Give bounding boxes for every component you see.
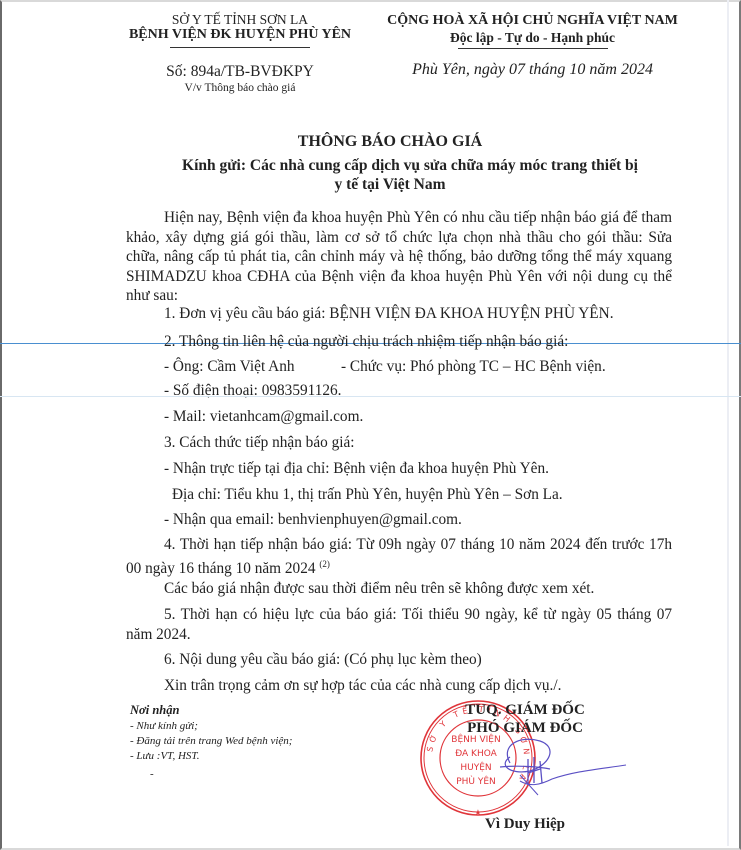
contact-mail: - Mail: vietanhcam@gmail.com. xyxy=(164,408,363,426)
hospital-name: BỆNH VIỆN ĐK HUYỆN PHÙ YÊN xyxy=(100,27,380,43)
national-motto: Độc lập - Tự do - Hạnh phúc xyxy=(360,30,705,46)
national-title: CỘNG HOÀ XÃ HỘI CHỦ NGHĨA VIỆT NAM xyxy=(360,13,705,29)
handwritten-signature-icon xyxy=(480,735,630,805)
intro-paragraph: Hiện nay, Bệnh viện đa khoa huyện Phù Yê… xyxy=(126,208,672,306)
late-note: Các báo giá nhận được sau thời điểm nêu … xyxy=(164,580,594,598)
recipients-heading: Nơi nhận xyxy=(130,703,179,718)
item-4: 4. Thời hạn tiếp nhận báo giá: Từ 09h ng… xyxy=(126,535,672,578)
item-2: 2. Thông tin liên hệ của người chịu trác… xyxy=(164,333,568,351)
receive-email: - Nhận qua email: benhvienphuyen@gmail.c… xyxy=(164,511,462,529)
address: Địa chỉ: Tiểu khu 1, thị trấn Phù Yên, h… xyxy=(172,486,563,504)
contact-name: - Ông: Cầm Việt Anh xyxy=(164,358,295,376)
item-1: 1. Đơn vị yêu cầu báo giá: BỆNH VIỆN ĐA … xyxy=(164,305,614,323)
signature-position: PHÓ GIÁM ĐỐC xyxy=(410,720,640,737)
receive-direct: - Nhận trực tiếp tại địa chỉ: Bệnh viện … xyxy=(164,460,549,478)
item-4-text: 4. Thời hạn tiếp nhận báo giá: Từ 09h ng… xyxy=(126,536,672,577)
document-subject: V/v Thông báo chào giá xyxy=(100,82,380,94)
recipients-trailing-dash: - xyxy=(150,768,154,780)
recipient-item: - Đăng tải trên trang Wed bệnh viện; xyxy=(130,735,292,747)
item-4-footnote: (2) xyxy=(319,559,330,569)
hospital-underline xyxy=(170,47,310,48)
department-name: SỞ Y TẾ TỈNH SƠN LA xyxy=(100,12,380,28)
recipient-item: - Lưu :VT, HST. xyxy=(130,750,199,762)
right-margin-shadow xyxy=(727,0,729,846)
signatory-name: Vì Duy Hiệp xyxy=(410,816,640,833)
document-title: THÔNG BÁO CHÀO GIÁ xyxy=(100,133,680,151)
document-number: Số: 894a/TB-BVĐKPY xyxy=(100,63,380,81)
item-5: 5. Thời hạn có hiệu lực của báo giá: Tối… xyxy=(126,605,672,644)
contact-position: - Chức vụ: Phó phòng TC – HC Bệnh viện. xyxy=(341,358,606,376)
faint-rule-line xyxy=(0,396,741,397)
contact-phone: - Số điện thoại: 0983591126. xyxy=(164,382,341,400)
signature-on-behalf: TUQ. GIÁM ĐỐC xyxy=(410,702,640,719)
place-date: Phù Yên, ngày 07 tháng 10 năm 2024 xyxy=(360,61,705,79)
recipient-item: - Như kính gửi; xyxy=(130,720,198,732)
item-6: 6. Nội dung yêu cầu báo giá: (Có phụ lục… xyxy=(164,651,482,669)
item-3: 3. Cách thức tiếp nhận báo giá: xyxy=(164,434,355,452)
recipient-line-2: y tế tại Việt Nam xyxy=(100,176,680,194)
recipient-line-1: Kính gửi: Các nhà cung cấp dịch vụ sửa c… xyxy=(100,157,720,175)
motto-underline xyxy=(458,48,608,49)
thanks-line: Xin trân trọng cảm ơn sự hợp tác của các… xyxy=(164,677,561,695)
